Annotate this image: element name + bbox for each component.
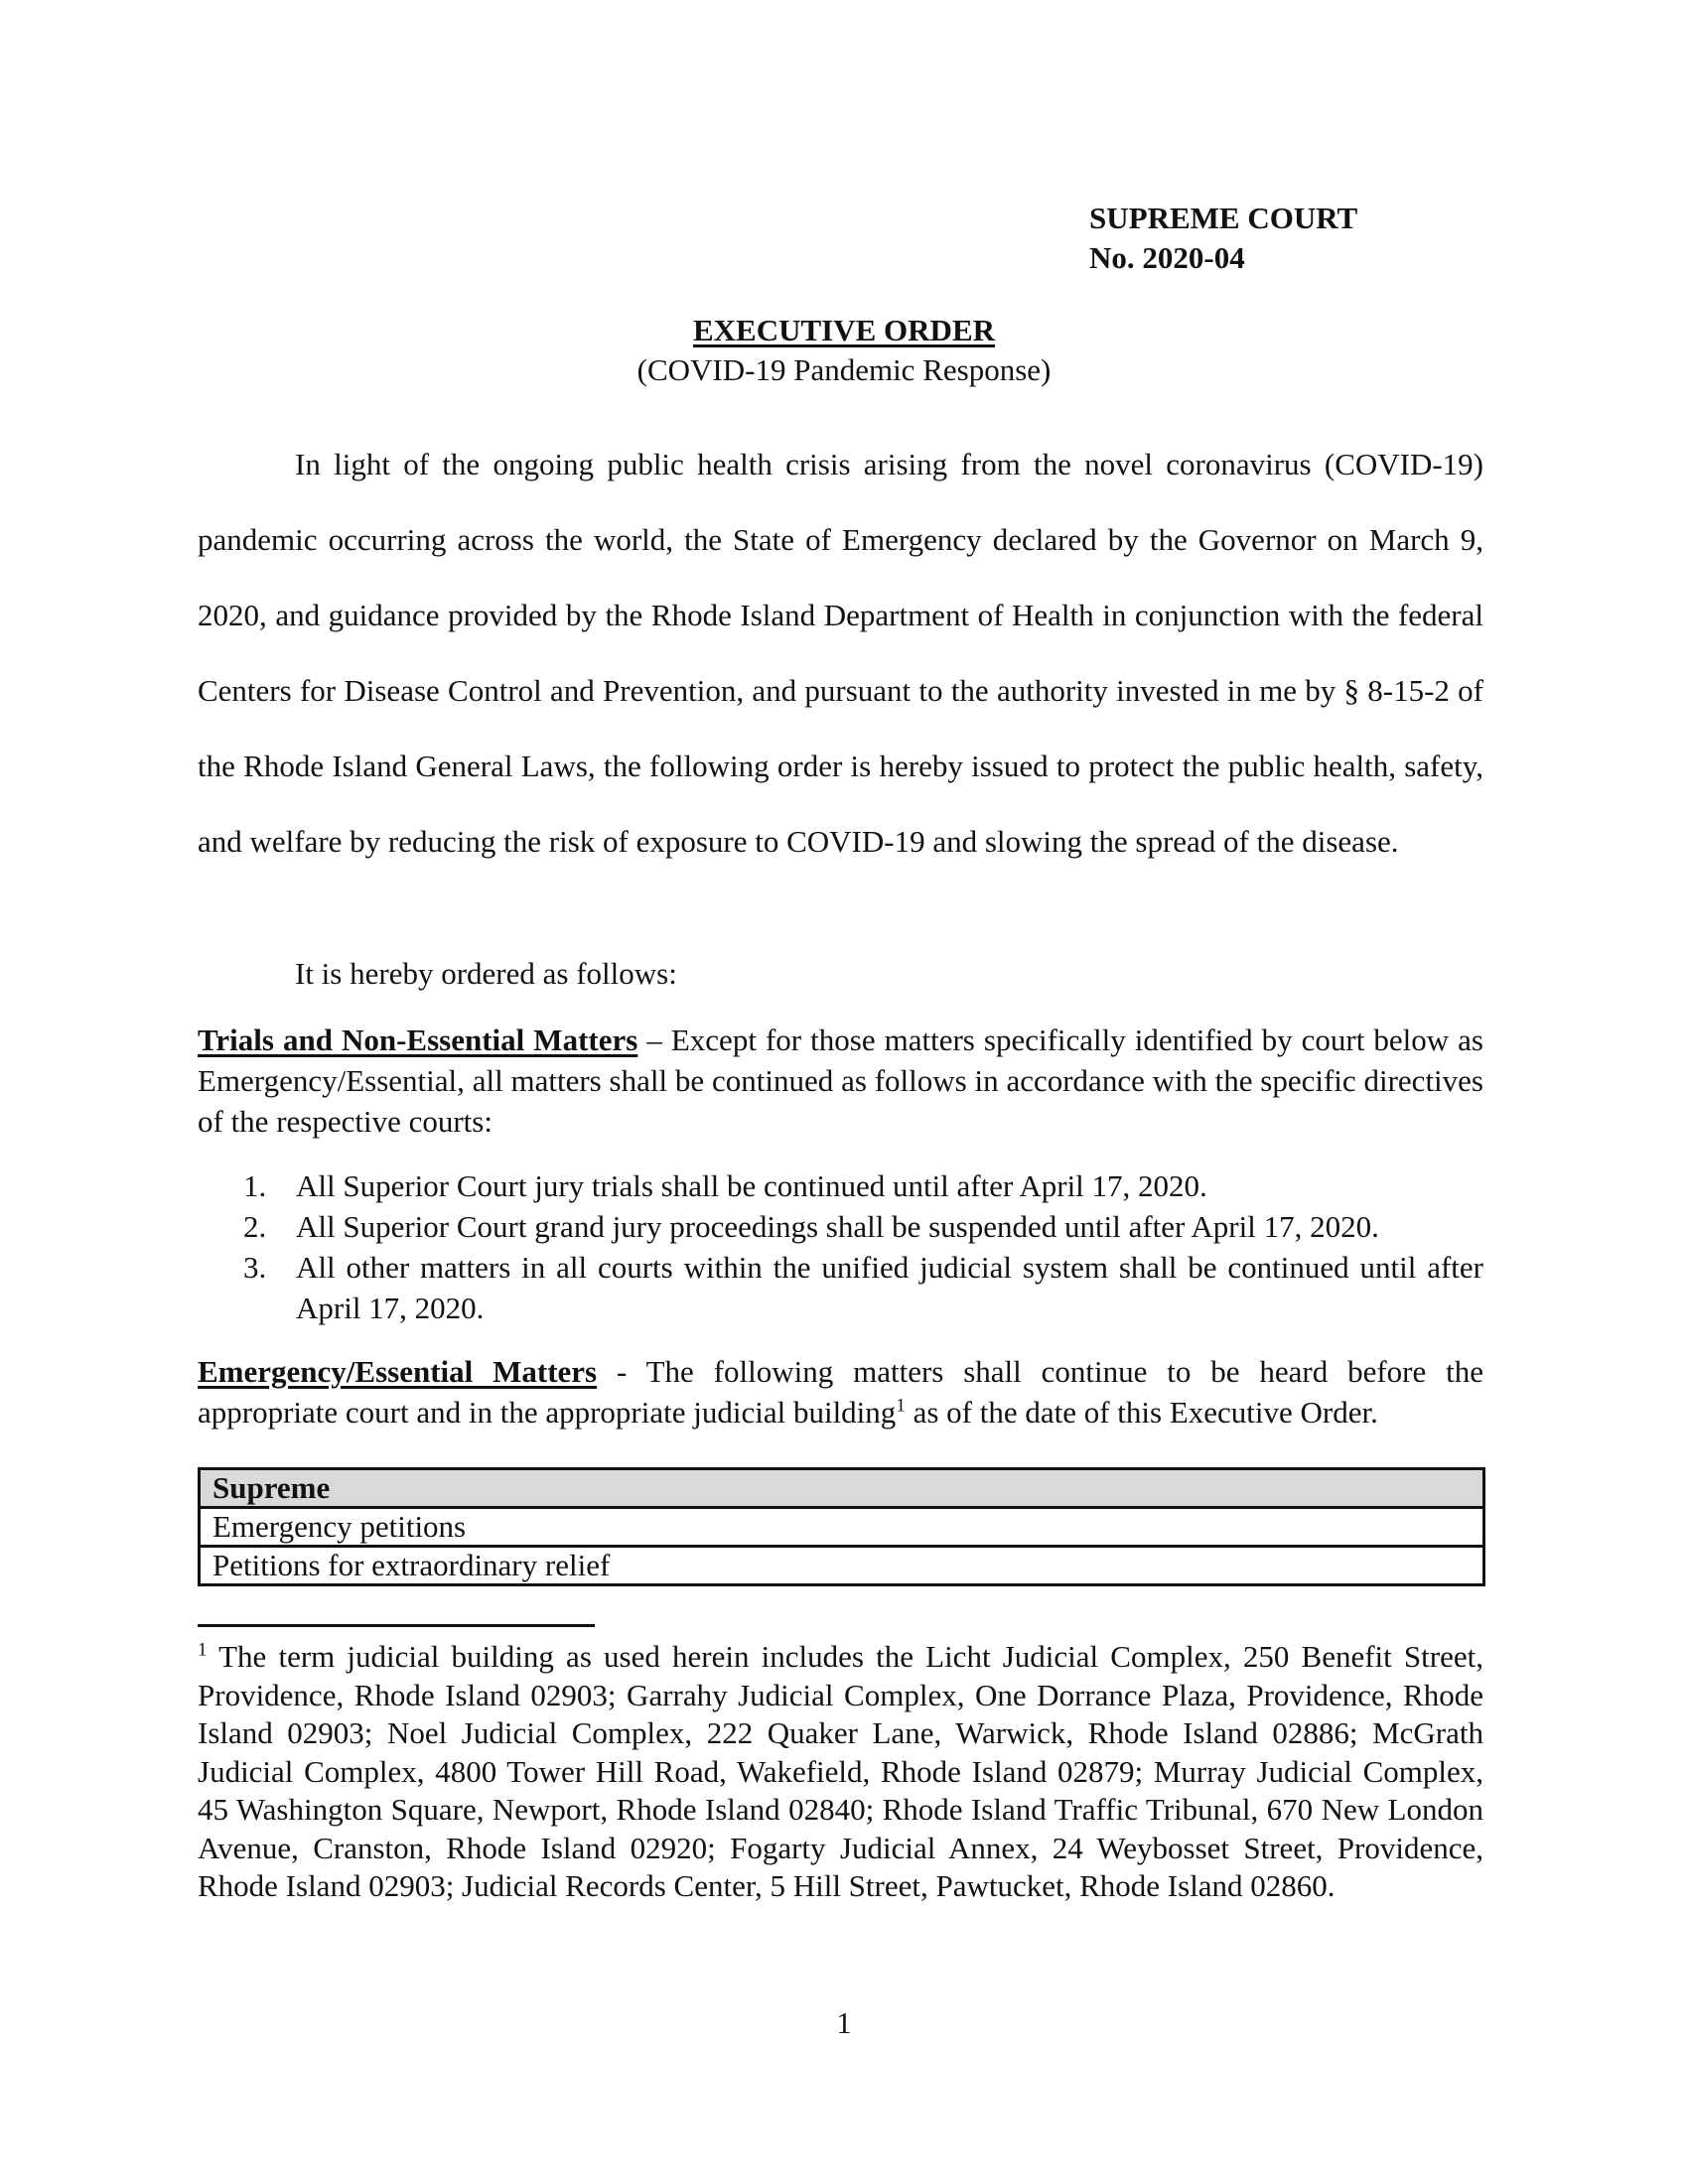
emergency-text-end: as of the date of this Executive Order. — [906, 1395, 1378, 1430]
order-number-label: 2. — [243, 1206, 266, 1247]
order-item: 2.All Superior Court grand jury proceedi… — [243, 1206, 1483, 1247]
footnote-text: The term judicial building as used herei… — [198, 1639, 1483, 1903]
order-number: No. 2020-04 — [1089, 238, 1357, 278]
table-header-cell: Supreme — [200, 1469, 1484, 1508]
trials-heading: Trials and Non-Essential Matters — [198, 1023, 637, 1057]
court-header: SUPREME COURT No. 2020-04 — [1089, 199, 1357, 278]
court-name: SUPREME COURT — [1089, 199, 1357, 238]
footnote-reference[interactable]: 1 — [896, 1396, 906, 1417]
trials-section: Trials and Non-Essential Matters – Excep… — [198, 1020, 1483, 1142]
order-text: All other matters in all courts within t… — [296, 1250, 1483, 1325]
order-item: 3.All other matters in all courts within… — [243, 1247, 1483, 1328]
order-text: All Superior Court grand jury proceeding… — [296, 1209, 1379, 1244]
emergency-heading: Emergency/Essential Matters — [198, 1354, 597, 1389]
orders-list: 1.All Superior Court jury trials shall b… — [243, 1165, 1483, 1328]
footnote-marker: 1 — [198, 1640, 208, 1661]
intro-paragraph: In light of the ongoing public health cr… — [198, 427, 1483, 880]
order-item: 1.All Superior Court jury trials shall b… — [243, 1165, 1483, 1206]
document-subtitle: (COVID-19 Pandemic Response) — [0, 351, 1688, 389]
ordered-line: It is hereby ordered as follows: — [295, 954, 677, 994]
page-number: 1 — [0, 2003, 1688, 2043]
table-cell: Petitions for extraordinary relief — [200, 1547, 1484, 1585]
table-header-row: Supreme — [200, 1469, 1484, 1508]
court-matters-table: Supreme Emergency petitions Petitions fo… — [198, 1467, 1485, 1586]
document-title: EXECUTIVE ORDER — [0, 312, 1688, 349]
order-number-label: 1. — [243, 1165, 266, 1206]
order-number-label: 3. — [243, 1247, 266, 1288]
table-row: Emergency petitions — [200, 1508, 1484, 1547]
footnote-separator — [198, 1624, 595, 1627]
emergency-section: Emergency/Essential Matters - The follow… — [198, 1351, 1483, 1433]
footnote: 1 The term judicial building as used her… — [198, 1638, 1483, 1906]
table-row: Petitions for extraordinary relief — [200, 1547, 1484, 1585]
table-cell: Emergency petitions — [200, 1508, 1484, 1547]
order-text: All Superior Court jury trials shall be … — [296, 1168, 1207, 1203]
